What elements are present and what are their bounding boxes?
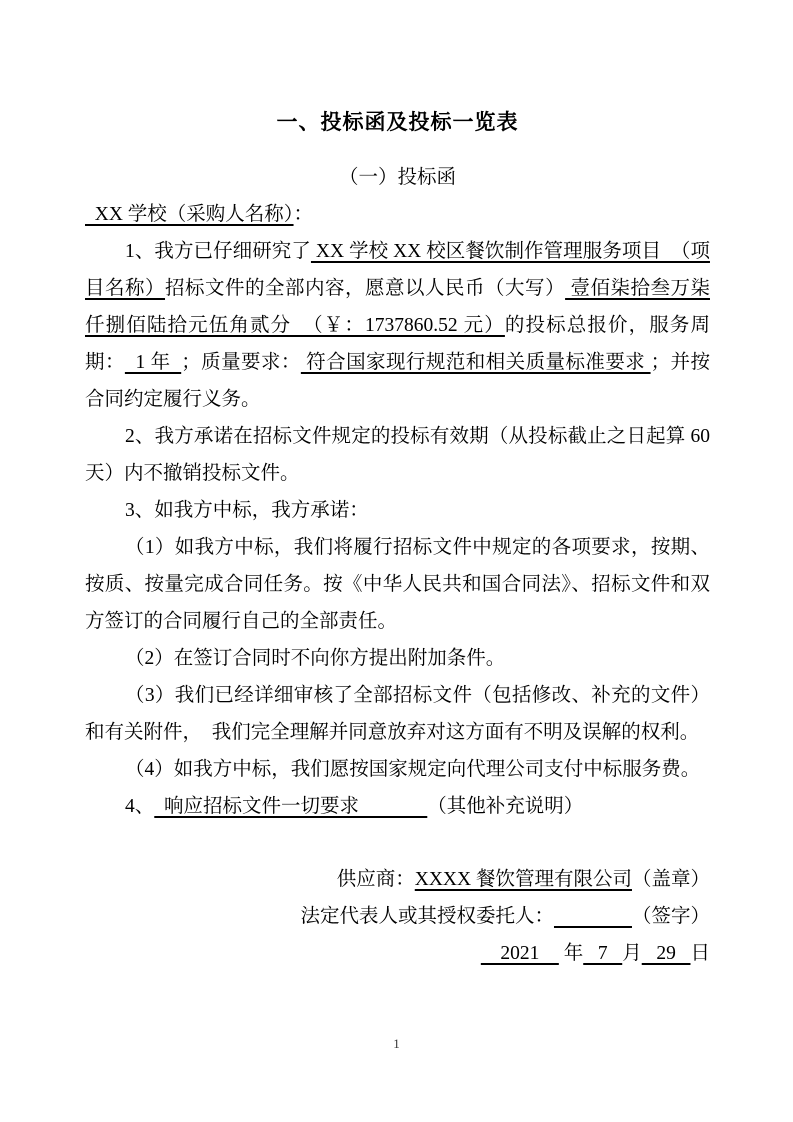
text-run: 供应商： [337,869,415,890]
document-page: 一、投标函及投标一览表 （一）投标函 XX 学校（采购人名称）： 1、我方已仔细… [0,0,793,1122]
supplier-line: 供应商：XXXX 餐饮管理有限公司（盖章） [85,861,710,898]
text-run: 月 [622,943,642,964]
underlined-text-run: 7 [583,943,622,964]
text-run: 招标文件的全部内容，愿意以人民币（大写） [165,278,565,299]
addressee-line: XX 学校（采购人名称）： [85,196,710,233]
paragraph-clause-1: 1、我方已仔细研究了 XX 学校 XX 校区餐饮制作管理服务项目 （项目名称）招… [85,233,710,418]
underlined-text-run: 符合国家现行规范和相关质量标准要求 [301,352,651,373]
underlined-text-run [554,906,632,927]
date-line: 2021 年 7 月 29 日 [85,935,710,972]
paragraph-clause-3-2: （2）在签订合同时不向你方提出附加条件。 [85,640,710,677]
underlined-text-run: 29 [642,943,691,964]
legal-representative-line: 法定代表人或其授权委托人： （签字） [85,898,710,935]
text-run: （2）在签订合同时不向你方提出附加条件。 [125,648,505,669]
document-title: 一、投标函及投标一览表 [85,104,710,141]
page-number: 1 [0,1036,793,1052]
text-run: ；质量要求： [181,352,301,373]
paragraph-clause-4: 4、 响应招标文件一切要求 （其他补充说明） [85,788,710,825]
text-run: 年 [559,943,583,964]
text-run: （盖章） [632,869,710,890]
text-run: 4、 [125,796,154,817]
text-run: （1）如我方中标，我们将履行招标文件中规定的各项要求，按期、按质、按量完成合同任… [85,537,710,632]
text-run: （其他补充说明） [427,796,583,817]
paragraph-clause-3-1: （1）如我方中标，我们将履行招标文件中规定的各项要求，按期、按质、按量完成合同任… [85,529,710,640]
paragraph-clause-3-4: （4）如我方中标，我们愿按国家规定向代理公司支付中标服务费。 [85,751,710,788]
document-content: 一、投标函及投标一览表 （一）投标函 XX 学校（采购人名称）： 1、我方已仔细… [0,0,793,972]
text-run: 3、如我方中标，我方承诺： [125,500,369,521]
paragraph-clause-2: 2、我方承诺在招标文件规定的投标有效期（从投标截止之日起算 60 天）内不撤销投… [85,418,710,492]
text-run: 日 [690,943,710,964]
paragraph-clause-3-3: （3）我们已经详细审核了全部招标文件（包括修改、补充的文件）和有关附件， 我们完… [85,677,710,751]
underlined-text-run: XX 学校（采购人名称） [85,204,294,225]
text-run: 法定代表人或其授权委托人： [300,906,554,927]
underlined-text-run: XXXX 餐饮管理有限公司 [415,869,632,890]
text-run: 2、我方承诺在招标文件规定的投标有效期（从投标截止之日起算 60 天）内不撤销投… [85,426,710,484]
text-run: ： [294,204,314,225]
text-run: （签字） [632,906,710,927]
text-run: （3）我们已经详细审核了全部招标文件（包括修改、补充的文件）和有关附件， 我们完… [85,685,710,743]
text-run: （4）如我方中标，我们愿按国家规定向代理公司支付中标服务费。 [125,759,700,780]
underlined-text-run: 1 年 [125,352,181,373]
underlined-text-run: 2021 [481,943,559,964]
paragraph-clause-3: 3、如我方中标，我方承诺： [85,492,710,529]
text-run: 1、我方已仔细研究了 [125,241,311,262]
document-subtitle: （一）投标函 [85,159,710,196]
underlined-text-run: 响应招标文件一切要求 [154,796,427,817]
signature-block: 供应商：XXXX 餐饮管理有限公司（盖章） 法定代表人或其授权委托人： （签字）… [85,861,710,972]
